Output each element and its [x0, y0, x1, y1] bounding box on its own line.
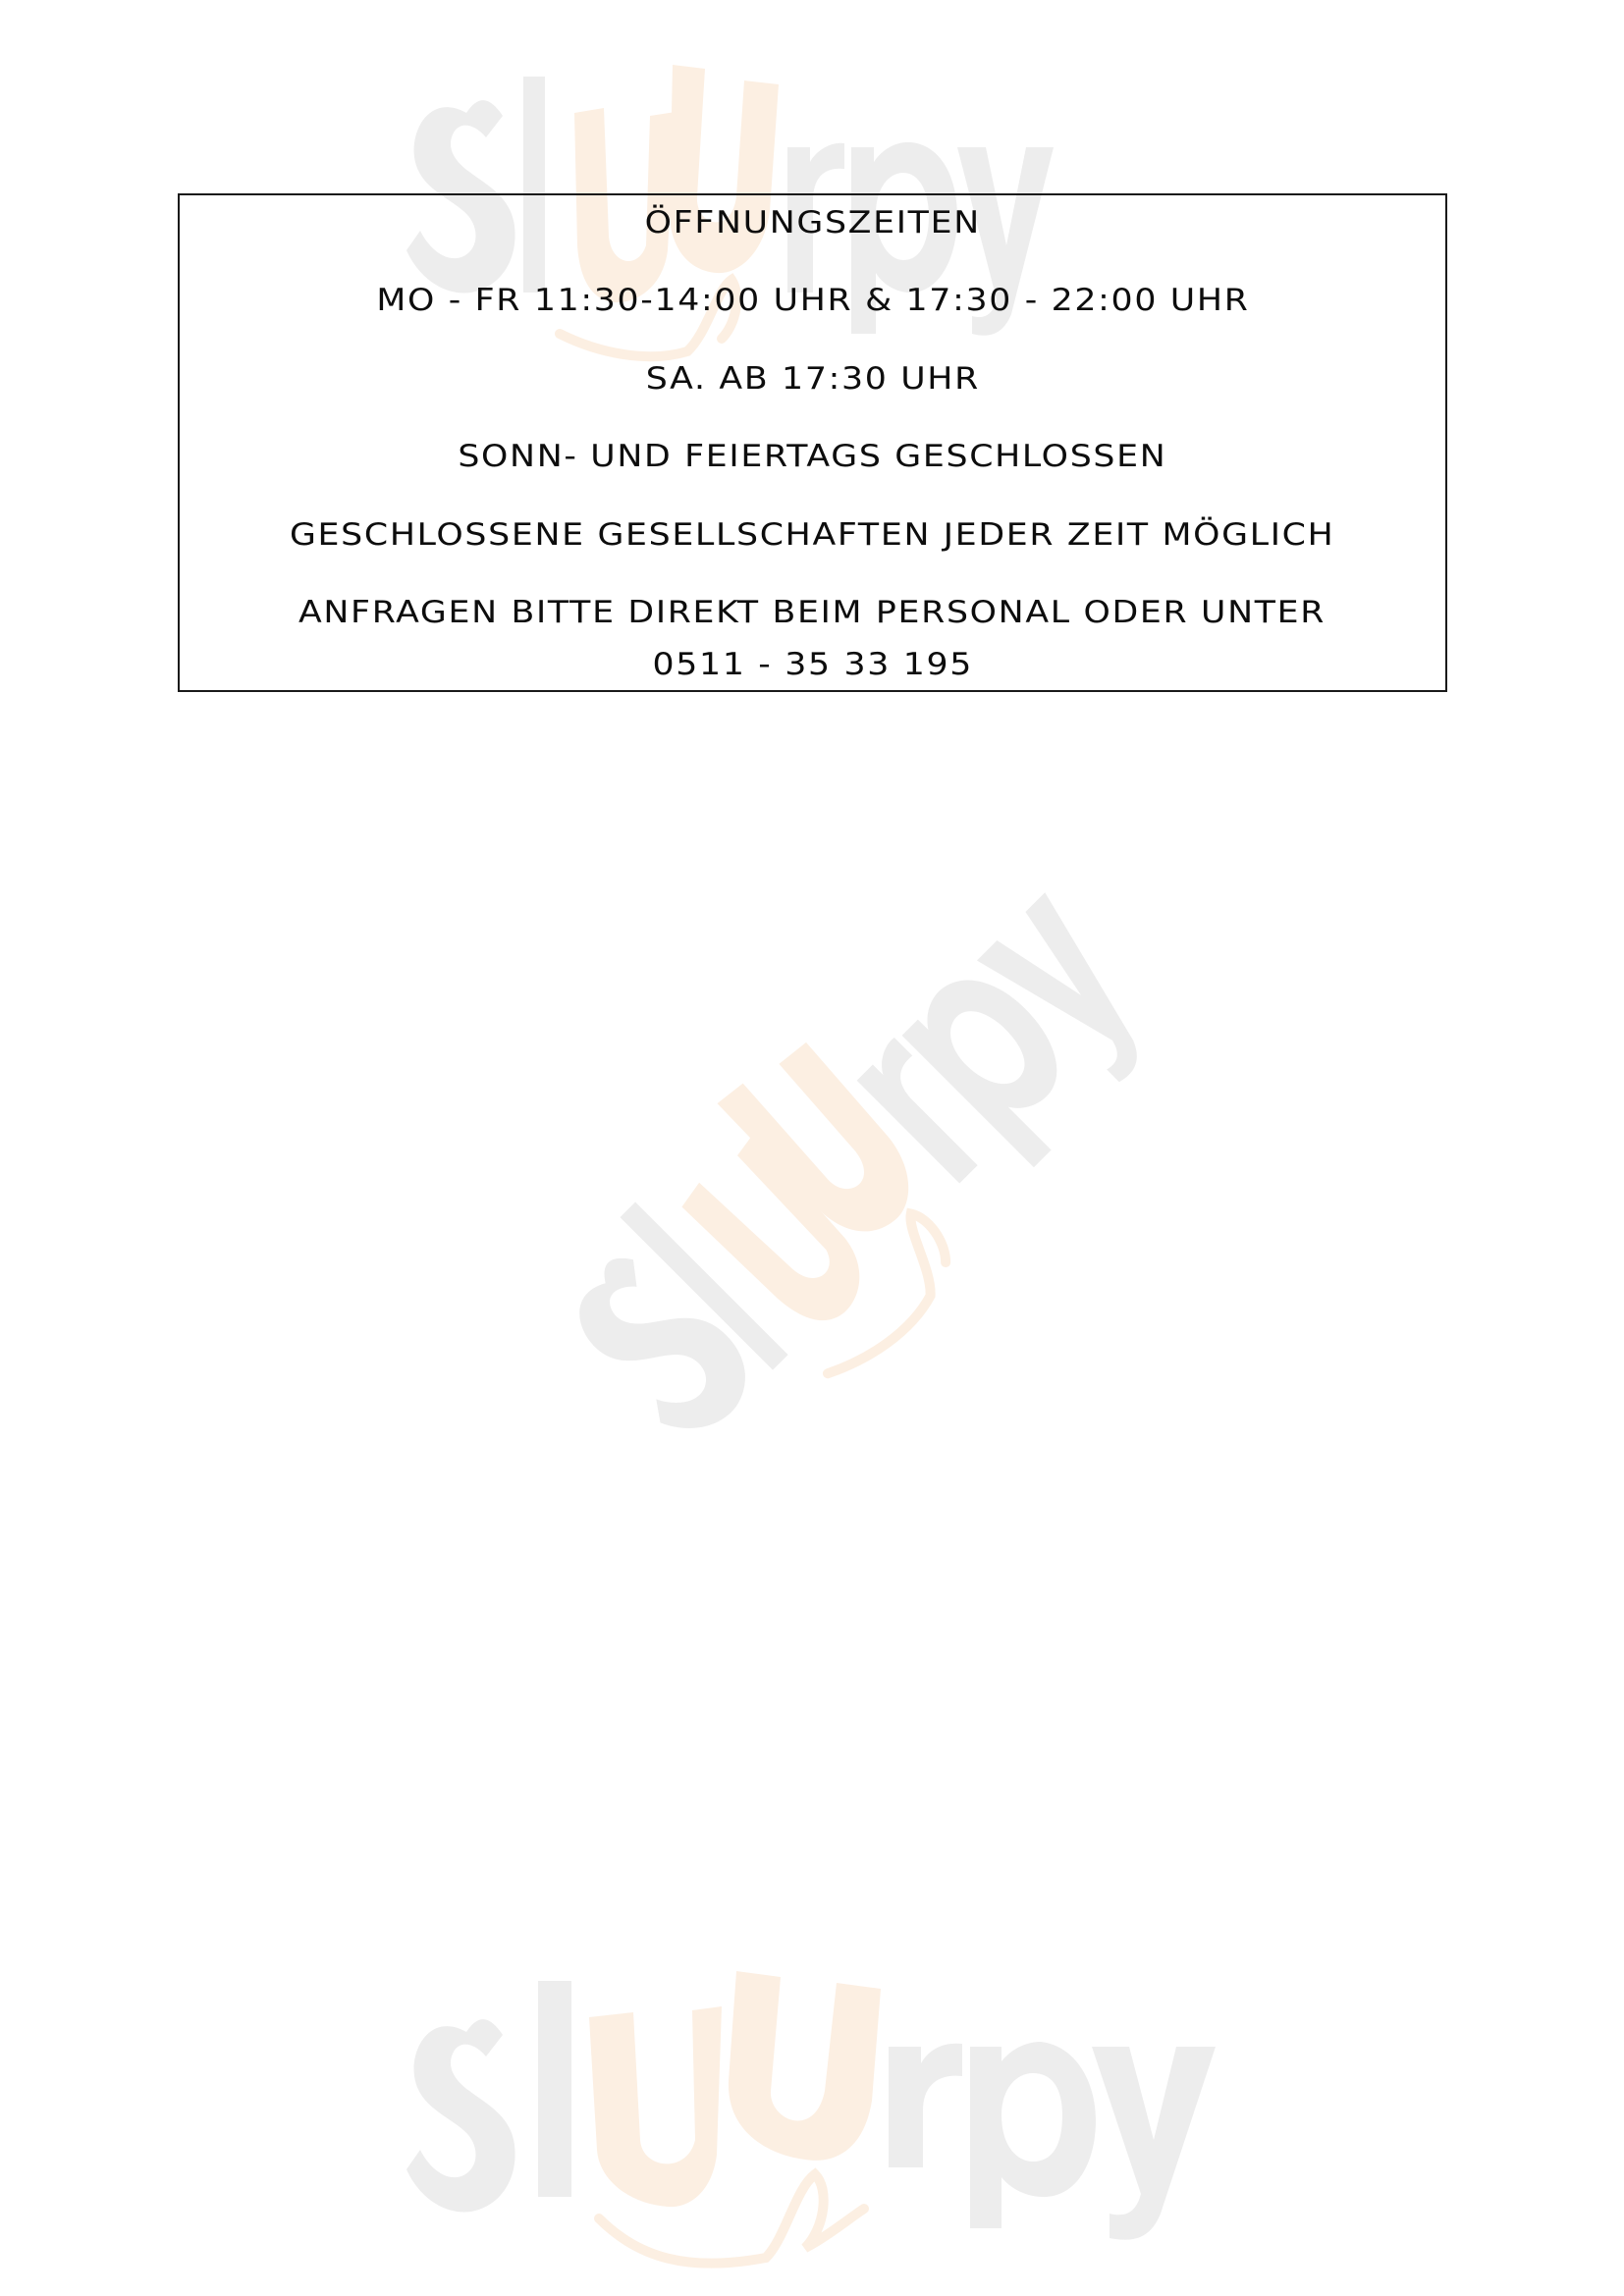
inquiry-line: ANFRAGEN BITTE DIREKT BEIM PERSONAL ODER…: [180, 593, 1445, 632]
phone-number: 0511 - 35 33 195: [652, 645, 973, 684]
sluurpy-logo-icon: [461, 805, 1208, 1512]
watermark-logo-bottom: [393, 1953, 1257, 2296]
weekday-hours-line: MO - FR 11:30-14:00 UHR & 17:30 - 22:00 …: [180, 281, 1445, 320]
phone-line: 0511 - 35 33 195: [180, 645, 1445, 684]
sluurpy-logo-icon: [393, 1953, 1257, 2296]
saturday-hours-text: SA. AB 17:30 UHR: [645, 359, 979, 399]
saturday-hours-line: SA. AB 17:30 UHR: [180, 359, 1445, 399]
private-events-text: GESCHLOSSENE GESELLSCHAFTEN JEDER ZEIT M…: [290, 515, 1334, 555]
weekday-hours-text: MO - FR 11:30-14:00 UHR & 17:30 - 22:00 …: [376, 281, 1249, 320]
opening-hours-box: ÖFFNUNGSZEITEN MO - FR 11:30-14:00 UHR &…: [178, 193, 1447, 692]
opening-hours-title: ÖFFNUNGSZEITEN: [180, 203, 1445, 242]
watermark-logo-middle: [461, 805, 1208, 1512]
closed-days-line: SONN- UND FEIERTAGS GESCHLOSSEN: [180, 437, 1445, 476]
title-text: ÖFFNUNGSZEITEN: [644, 203, 980, 242]
closed-days-text: SONN- UND FEIERTAGS GESCHLOSSEN: [458, 437, 1166, 476]
private-events-line: GESCHLOSSENE GESELLSCHAFTEN JEDER ZEIT M…: [180, 515, 1445, 555]
inquiry-text: ANFRAGEN BITTE DIREKT BEIM PERSONAL ODER…: [298, 593, 1326, 632]
